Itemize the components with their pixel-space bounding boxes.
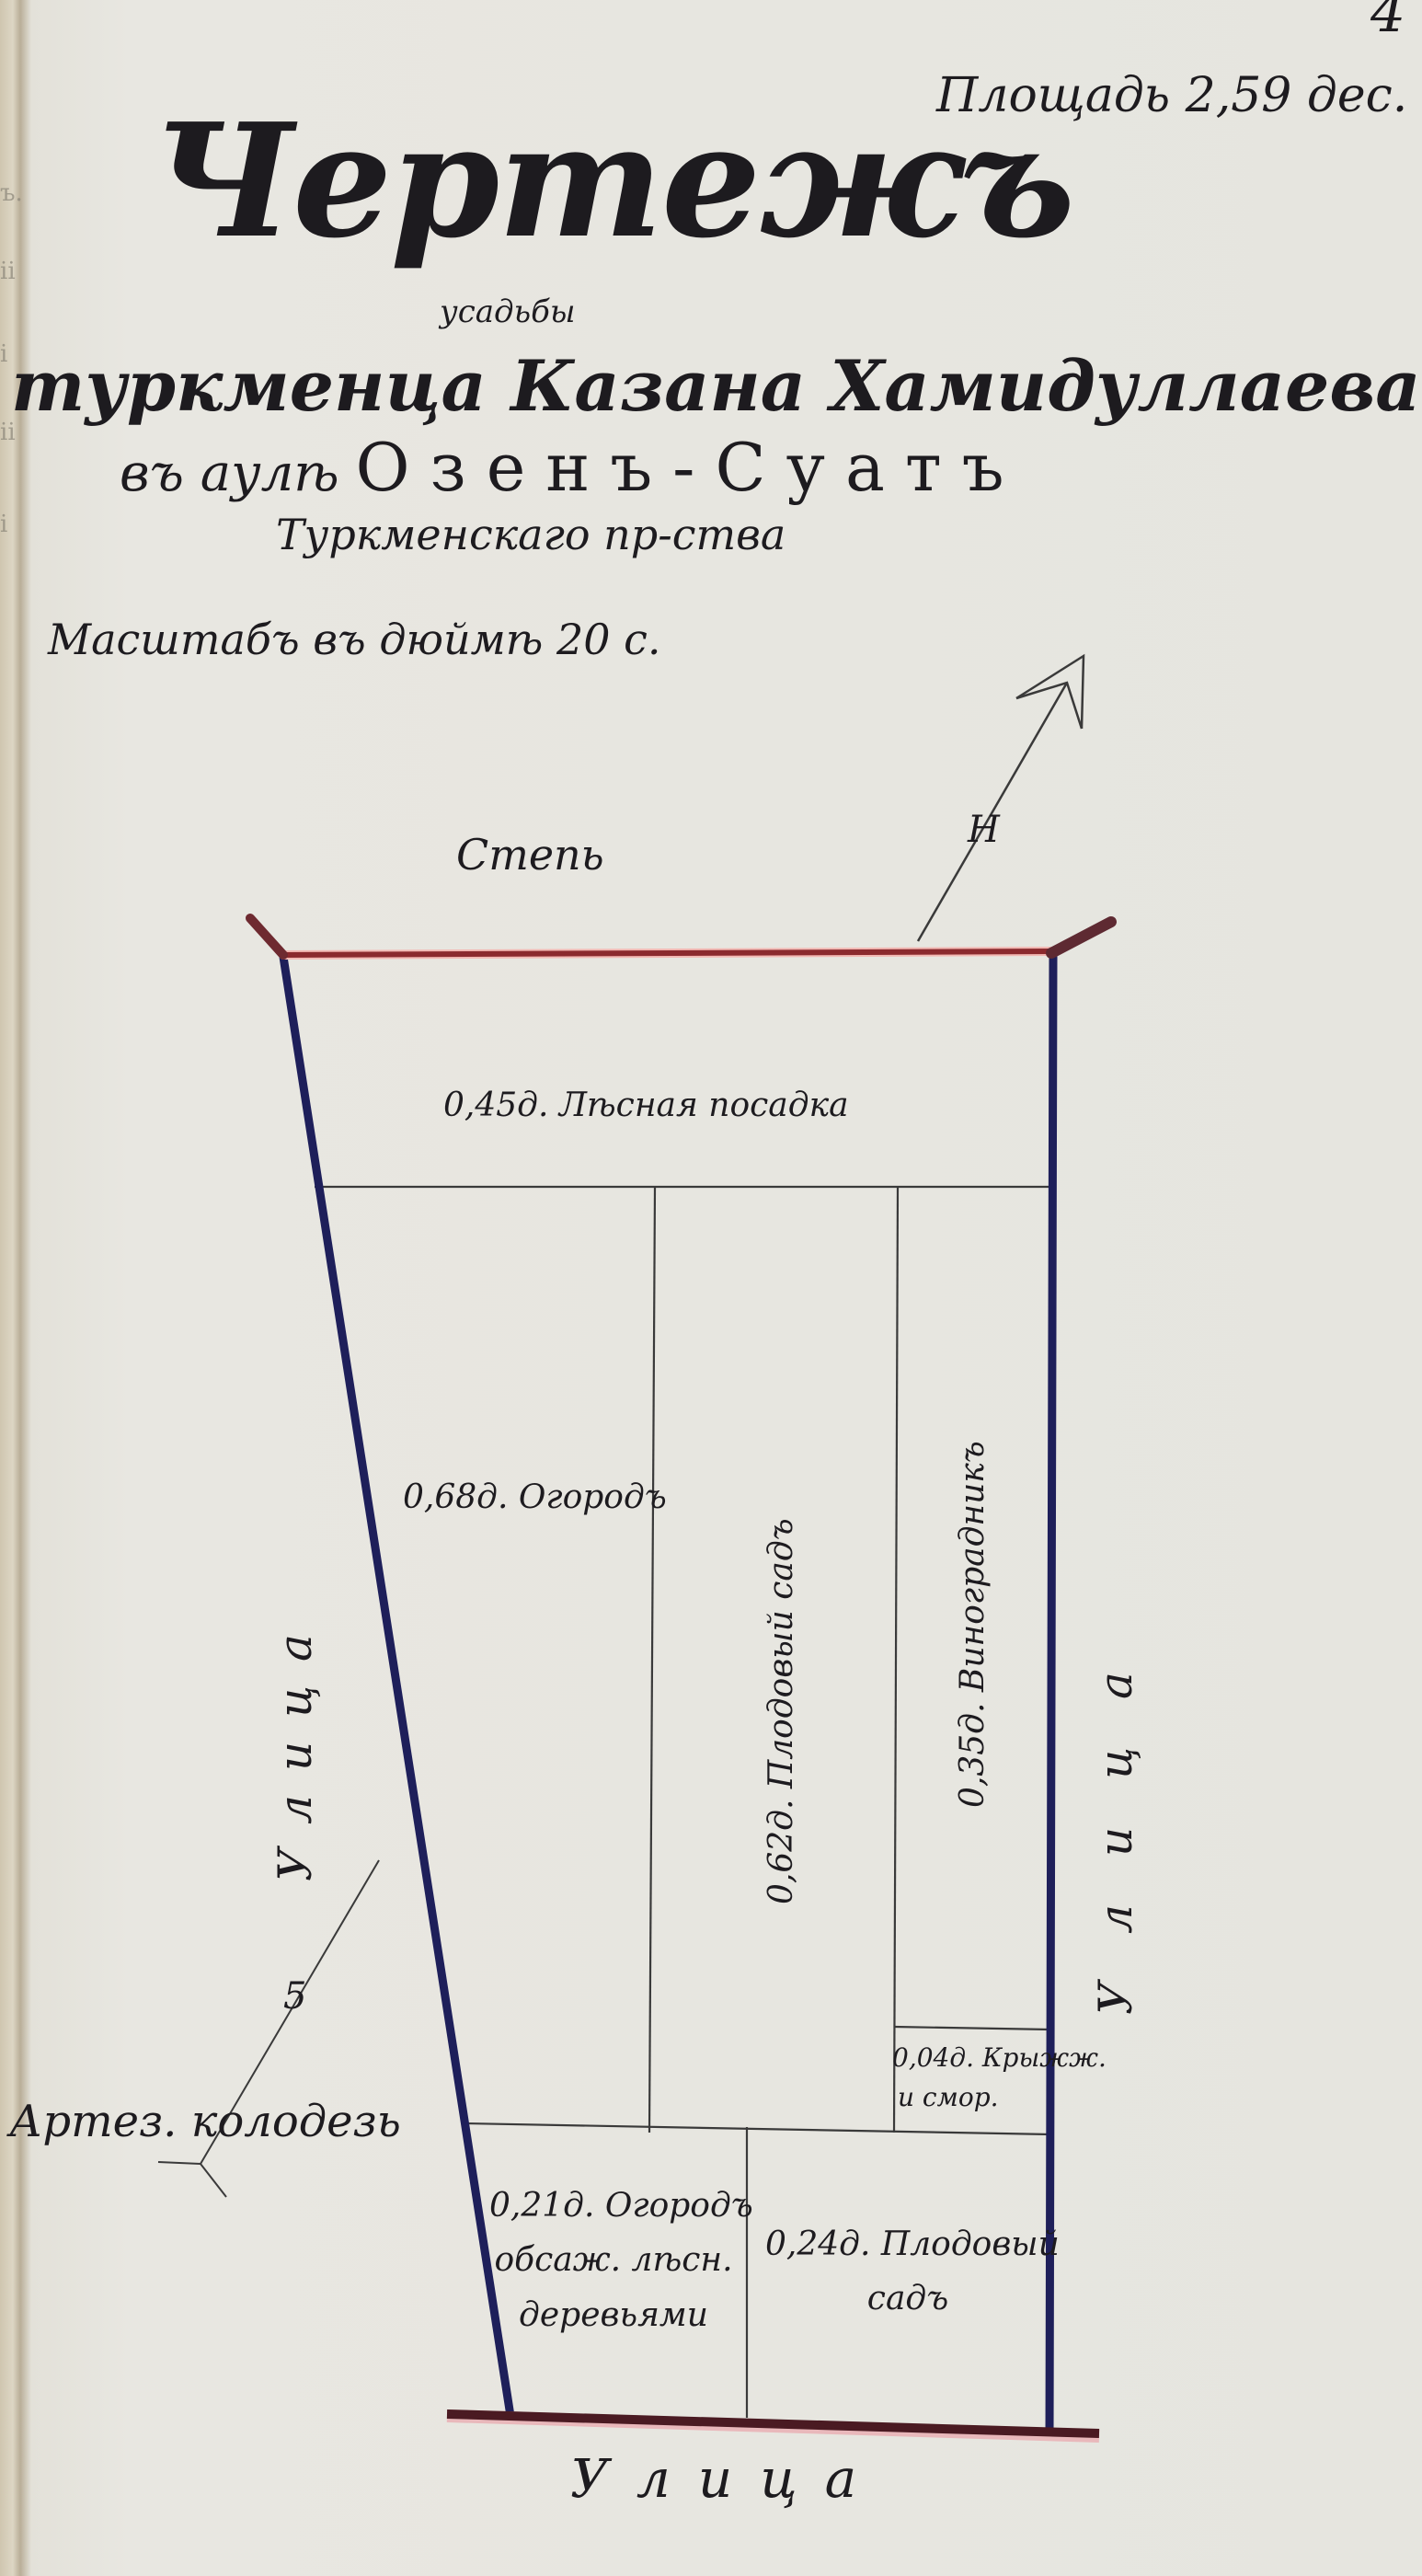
village-name: Озенъ-Суатъ xyxy=(355,429,1024,506)
document-title: Чертежъ xyxy=(152,103,1073,259)
owner-name: туркменца Казана Хамидуллаева xyxy=(11,351,1420,421)
parcel-garden-south-label: 0,21д. Огородъ обсаж. лѣсн. деревьями xyxy=(489,2179,738,2342)
village-line: въ аулѣ Озенъ-Суатъ xyxy=(120,434,1025,500)
village-prefix: въ аулѣ xyxy=(120,443,339,503)
parcel-forest-label: 0,45д. Лѣсная посадка xyxy=(443,1078,849,1133)
district-line: Туркменскаго пр-ства xyxy=(276,513,786,556)
north-arrow-icon xyxy=(918,656,1084,941)
parcel-orchard-small-line1: 0,24д. Плодовый xyxy=(765,2217,1050,2271)
parcel-berries-line1: 0,04д. Крыжж. xyxy=(892,2038,1050,2077)
parcel-berries-label: 0,04д. Крыжж. и смор. xyxy=(892,2038,1050,2118)
surrounding-east-label: Улица xyxy=(1093,1624,1139,2015)
scale-label: Масштабъ въ дюймѣ 20 с. xyxy=(48,618,660,661)
south-marker-label: 5 xyxy=(283,1978,306,2015)
parcel-garden-south-line3: деревьями xyxy=(489,2288,738,2342)
surrounding-south-label: Улица xyxy=(570,2452,884,2505)
parcel-orchard-small-line2: садъ xyxy=(765,2271,1050,2326)
surrounding-north-label: Степь xyxy=(456,834,604,876)
parcel-berries-line2: и смор. xyxy=(892,2077,1050,2117)
estate-subtitle: усадьбы xyxy=(440,296,576,328)
parcel-orchard-small-label: 0,24д. Плодовый садъ xyxy=(765,2217,1050,2327)
parcel-garden-north-label: 0,68д. Огородъ xyxy=(403,1470,667,1524)
parcel-vineyard-label: 0,35д. Виноградникъ xyxy=(946,1441,1000,1808)
parcel-orchard-large-label: 0,62д. Плодовый садъ xyxy=(754,1518,808,1904)
surrounding-west-label: Улица xyxy=(272,1610,318,1881)
bottom-boundary xyxy=(447,2414,1099,2436)
page-number: 4 xyxy=(1370,0,1405,40)
parcel-garden-south-line2: обсаж. лѣсн. xyxy=(489,2233,738,2287)
north-marker-label: Н xyxy=(968,811,1000,848)
top-boundary xyxy=(250,918,1111,955)
parcel-garden-south-line1: 0,21д. Огородъ xyxy=(489,2179,738,2233)
artesian-well-label: Артез. колодезь xyxy=(9,2099,401,2144)
